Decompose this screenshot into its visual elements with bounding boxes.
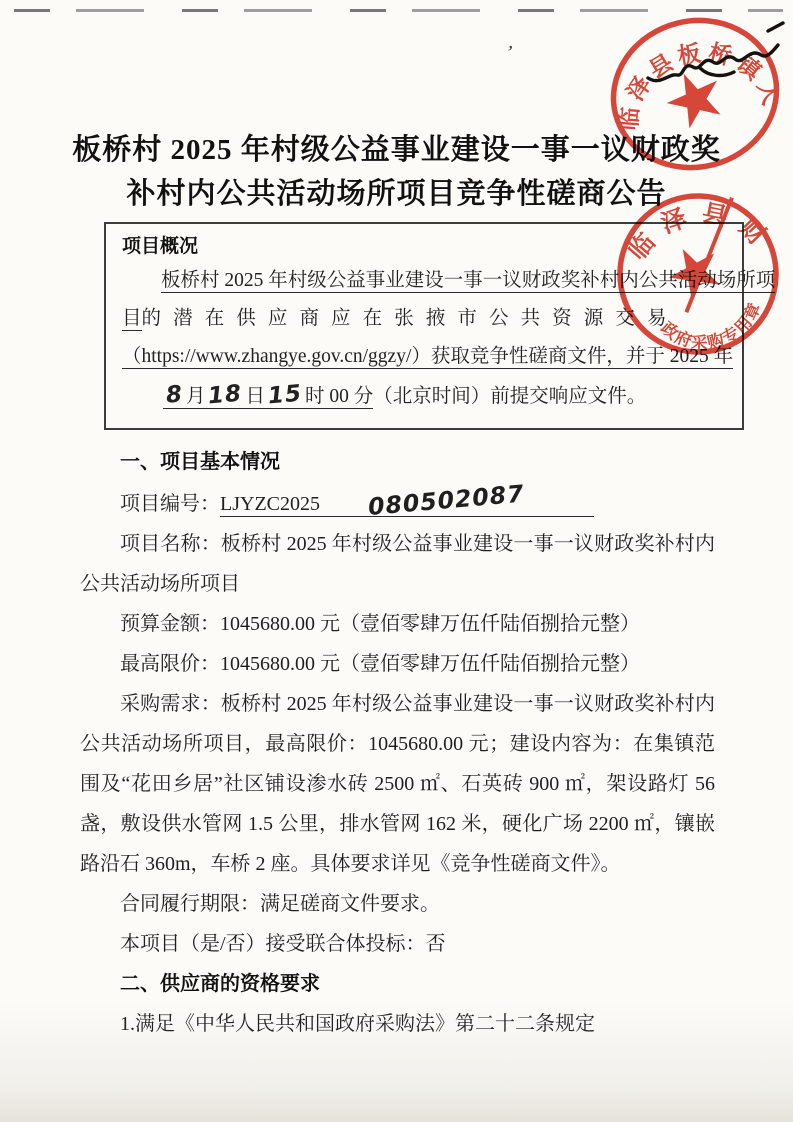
project-number-line: 项目编号：LJYZC2025 080502087	[80, 482, 715, 524]
project-name-paragraph: 项目名称：板桥村 2025 年村级公益事业建设一事一议财政奖补村内公共活动场所项…	[80, 524, 715, 604]
deadline-hour-unit: 时	[305, 386, 325, 407]
overview-deadline-line: 8月18日15时 00 分（北京时间）前提交响应文件。	[122, 376, 726, 416]
overview-line1: 板桥村 2025 年村级公益事业建设一事一议财政奖补村内公共活动场所项	[122, 262, 726, 300]
overview-line2: 目的潜在供应商应在张掖市公共资源交易	[122, 300, 726, 338]
project-number-value: LJYZC2025 080502087	[220, 493, 594, 517]
deadline-month-unit: 月	[186, 386, 206, 407]
project-number-handwritten: 080502087	[327, 474, 526, 531]
deadline-underlined-part: 8月18日15时 00 分	[163, 386, 373, 409]
section1-heading: 一、项目基本情况	[80, 442, 715, 482]
overview-url-line: （https://www.zhangye.gov.cn/ggzy/）获取竞争性磋…	[122, 346, 733, 369]
overview-line1-text: 板桥村 2025 年村级公益事业建设一事一议财政奖补村内公共活动场所项	[161, 270, 775, 293]
signature-flourish	[700, 68, 734, 75]
signature	[642, 16, 792, 104]
overview-line3: （https://www.zhangye.gov.cn/ggzy/）获取竞争性磋…	[122, 338, 726, 376]
overview-line2-rest: 的潜在供应商应在张掖市公共资源交易	[142, 308, 679, 329]
deadline-day-handwritten: 18	[207, 375, 244, 416]
star-icon	[658, 62, 730, 132]
document-title-line1: 板桥村 2025 年村级公益事业建设一事一议财政奖	[40, 128, 753, 172]
deadline-month-handwritten: 8	[164, 375, 184, 414]
deadline-hour-handwritten: 15	[266, 375, 303, 416]
overview-line2-lead: 目	[122, 308, 142, 331]
deadline-day-unit: 日	[245, 386, 265, 407]
document-title: 板桥村 2025 年村级公益事业建设一事一议财政奖 补村内公共活动场所项目竞争性…	[40, 128, 753, 216]
project-number-printed: LJYZC2025	[220, 493, 320, 515]
scan-artifact-line	[14, 9, 783, 12]
budget-paragraph: 预算金额：1045680.00 元（壹佰零肆万伍仟陆佰捌拾元整）	[80, 604, 715, 644]
scanned-document-page: ’ 板桥村 2025 年村级公益事业建设一事一议财政奖 补村内公共活动场所项目竞…	[0, 0, 793, 1122]
deadline-suffix: （北京时间）前提交响应文件。	[373, 386, 646, 407]
section2-heading: 二、供应商的资格要求	[80, 964, 715, 1004]
document-title-line2: 补村内公共活动场所项目竞争性磋商公告	[40, 172, 753, 216]
joint-bid-paragraph: 本项目（是/否）接受联合体投标：否	[80, 924, 715, 964]
underline-tail	[528, 508, 594, 510]
deadline-minute-unit: 分	[354, 386, 374, 407]
scan-speck: ’	[504, 42, 515, 66]
deadline-minute: 00	[329, 386, 349, 407]
signature-accent	[768, 23, 783, 31]
contract-term-paragraph: 合同履行期限：满足磋商文件要求。	[80, 884, 715, 924]
qualification-item1: 1.满足《中华人民共和国政府采购法》第二十二条规定	[80, 1004, 715, 1044]
project-overview-box: 项目概况 板桥村 2025 年村级公益事业建设一事一议财政奖补村内公共活动场所项…	[104, 222, 744, 430]
document-body: 一、项目基本情况 项目编号：LJYZC2025 080502087 项目名称：板…	[0, 442, 793, 1044]
signature-stroke	[648, 45, 778, 81]
overview-heading: 项目概况	[122, 232, 726, 262]
max-price-paragraph: 最高限价：1045680.00 元（壹佰零肆万伍仟陆佰捌拾元整）	[80, 644, 715, 684]
project-number-label: 项目编号：	[120, 493, 220, 515]
requirement-paragraph: 采购需求：板桥村 2025 年村级公益事业建设一事一议财政奖补村内公共活动场所项…	[80, 684, 715, 884]
